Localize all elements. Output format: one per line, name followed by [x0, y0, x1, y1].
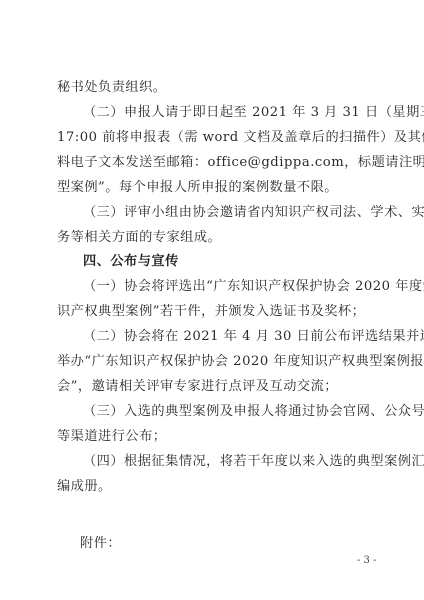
paragraph-line: 识产权典型案例”若干件，并颁发入选证书及奖杯；: [57, 304, 373, 320]
paragraph-line: （三）入选的典型案例及申报人将通过协会官网、公众号: [83, 404, 373, 420]
paragraph-line: 务等相关方面的专家组成。: [57, 230, 373, 246]
paragraph-line: 举办“广东知识产权保护协会 2020 年度知识产权典型案例报告: [57, 354, 373, 370]
page-number: - 3 -: [357, 555, 376, 566]
paragraph-line: 等渠道进行公布；: [57, 429, 373, 445]
paragraph-line: （二）协会将在 2021 年 4 月 30 日前公布评选结果并适时: [83, 329, 373, 345]
paragraph-line: 会”，邀请相关评审专家进行点评及互动交流；: [57, 379, 373, 395]
paragraph-line: （四）根据征集情况，将若干年度以来入选的典型案例汇: [83, 454, 373, 470]
paragraph-line: 编成册。: [57, 479, 373, 495]
paragraph-line: 秘书处负责组织。: [57, 80, 373, 96]
paragraph-line: （一）协会将评选出“广东知识产权保护协会 2020 年度知: [83, 279, 373, 295]
paragraph-line: （三）评审小组由协会邀请省内知识产权司法、学术、实: [83, 205, 373, 221]
paragraph-line: 料电子文本发送至邮箱：office@gdippa.com，标题请注明“典: [57, 155, 373, 171]
section-heading: 四、公布与宣传: [83, 254, 399, 270]
paragraph-line: （二）申报人请于即日起至 2021 年 3 月 31 日（星期三）: [83, 105, 373, 121]
paragraph-line: 型案例”。每个申报人所申报的案例数量不限。: [57, 180, 373, 196]
paragraph-line: 17:00 前将申报表（需 word 文档及盖章后的扫描件）及其他材: [57, 130, 373, 146]
attachments-label: 附件：: [80, 536, 121, 552]
document-page: 秘书处负责组织。 （二）申报人请于即日起至 2021 年 3 月 31 日（星期…: [0, 0, 424, 600]
